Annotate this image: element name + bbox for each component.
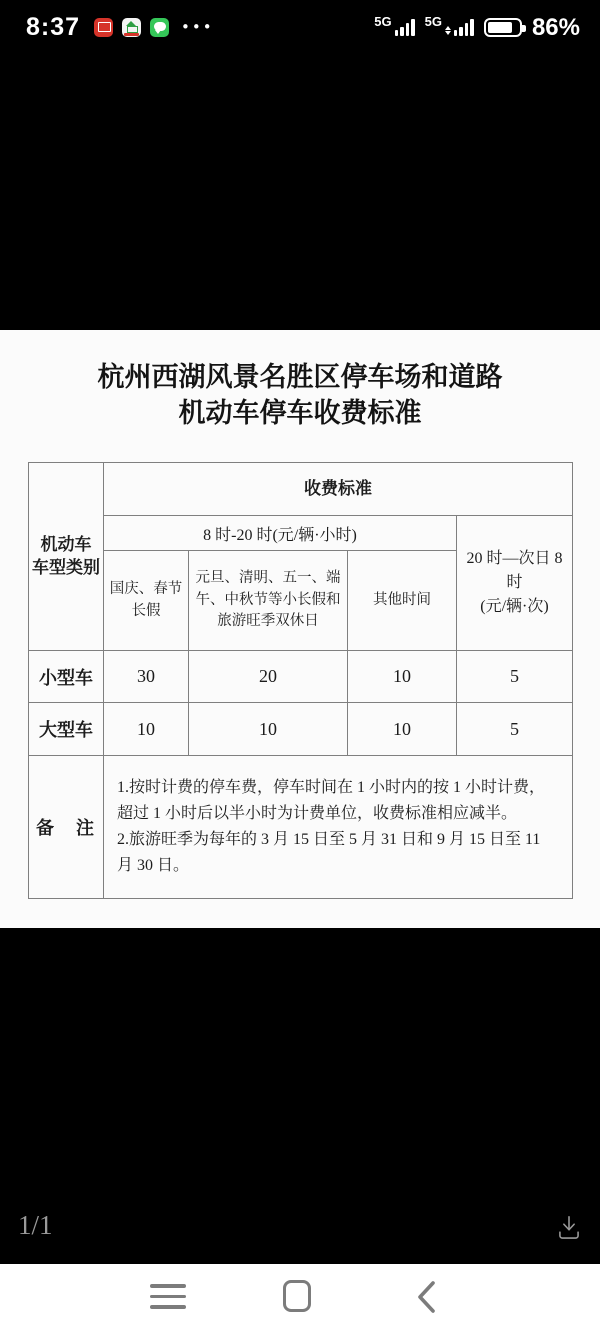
status-indicators: 5G 5G 86%: [374, 14, 580, 42]
row-large-vehicle-label: 大型车: [29, 703, 104, 756]
table-row: 小型车 30 20 10 5: [29, 651, 573, 703]
home-button[interactable]: [283, 1280, 311, 1312]
back-button[interactable]: [414, 1279, 438, 1320]
large-vehicle-other-fee: 10: [348, 703, 457, 756]
remark-note-1: 1.按时计费的停车费，停车时间在 1 小时内的按 1 小时计费，超过 1 小时后…: [117, 775, 559, 827]
vehicle-type-header-line2: 车型类别: [29, 557, 103, 580]
battery-percent: 86%: [532, 14, 580, 42]
signal-bars-icon: 5G: [374, 19, 414, 36]
download-button[interactable]: [548, 1206, 590, 1248]
red-app-icon: [94, 18, 113, 37]
download-icon: [554, 1208, 584, 1246]
network-type-label: 5G: [374, 15, 391, 28]
more-notifications-icon: •••: [181, 20, 214, 35]
document-title: 杭州西湖风景名胜区停车场和道路 机动车停车收费标准: [0, 360, 600, 431]
signal-strength-icon: [395, 19, 415, 36]
subheader-holiday-cell: 国庆、春节长假: [104, 551, 189, 651]
signal-bars-icon: 5G: [425, 19, 474, 36]
subheader-minor-holiday-cell: 元旦、清明、五一、端午、中秋节等小长假和旅游旺季双休日: [189, 551, 348, 651]
document-title-line2: 机动车停车收费标准: [0, 396, 600, 432]
night-header-line2: (元/辆·次): [457, 595, 572, 619]
notification-icons: [94, 18, 169, 37]
status-bar: 8:37 ••• 5G 5G 86%: [0, 0, 600, 55]
small-vehicle-holiday-fee: 30: [104, 651, 189, 703]
menu-button[interactable]: [150, 1284, 186, 1309]
data-activity-icon: [445, 26, 451, 35]
night-header-cell: 20 时—次日 8 时 (元/辆·次): [457, 516, 573, 651]
remark-content-cell: 1.按时计费的停车费，停车时间在 1 小时内的按 1 小时计费，超过 1 小时后…: [104, 756, 573, 899]
clock: 8:37: [26, 13, 80, 42]
small-vehicle-minor-holiday-fee: 20: [189, 651, 348, 703]
fee-standard-header-cell: 收费标准: [104, 463, 573, 516]
row-small-vehicle-label: 小型车: [29, 651, 104, 703]
table-row: 备 注 1.按时计费的停车费，停车时间在 1 小时内的按 1 小时计费，超过 1…: [29, 756, 573, 899]
small-vehicle-night-fee: 5: [457, 651, 573, 703]
navigation-bar: [0, 1264, 600, 1333]
daytime-header-cell: 8 时-20 时(元/辆·小时): [104, 516, 457, 551]
large-vehicle-holiday-fee: 10: [104, 703, 189, 756]
parking-fee-table: 机动车 车型类别 收费标准 8 时-20 时(元/辆·小时) 20 时—次日 8…: [28, 462, 573, 899]
vehicle-type-header-cell: 机动车 车型类别: [29, 463, 104, 651]
battery-icon: [484, 18, 522, 37]
document-title-line1: 杭州西湖风景名胜区停车场和道路: [0, 360, 600, 396]
subheader-other-time-cell: 其他时间: [348, 551, 457, 651]
large-vehicle-minor-holiday-fee: 10: [189, 703, 348, 756]
night-header-line1: 20 时—次日 8 时: [457, 547, 572, 595]
phone-screen: { "status_bar": { "time": "8:37", "more_…: [0, 0, 600, 1333]
network-type-label: 5G: [425, 15, 442, 28]
remark-note-2: 2.旅游旺季为每年的 3 月 15 日至 5 月 31 日和 9 月 15 日至…: [117, 827, 559, 879]
house-app-icon: [122, 18, 141, 37]
remark-label-cell: 备 注: [29, 756, 104, 899]
back-icon: [414, 1279, 438, 1315]
vehicle-type-header-line1: 机动车: [29, 534, 103, 557]
document-page[interactable]: 杭州西湖风景名胜区停车场和道路 机动车停车收费标准 机动车 车型类别 收费标准 …: [0, 330, 600, 928]
signal-strength-icon: [454, 19, 474, 36]
large-vehicle-night-fee: 5: [457, 703, 573, 756]
table-row: 大型车 10 10 10 5: [29, 703, 573, 756]
page-indicator: 1/1: [18, 1210, 53, 1241]
small-vehicle-other-fee: 10: [348, 651, 457, 703]
messages-app-icon: [150, 18, 169, 37]
